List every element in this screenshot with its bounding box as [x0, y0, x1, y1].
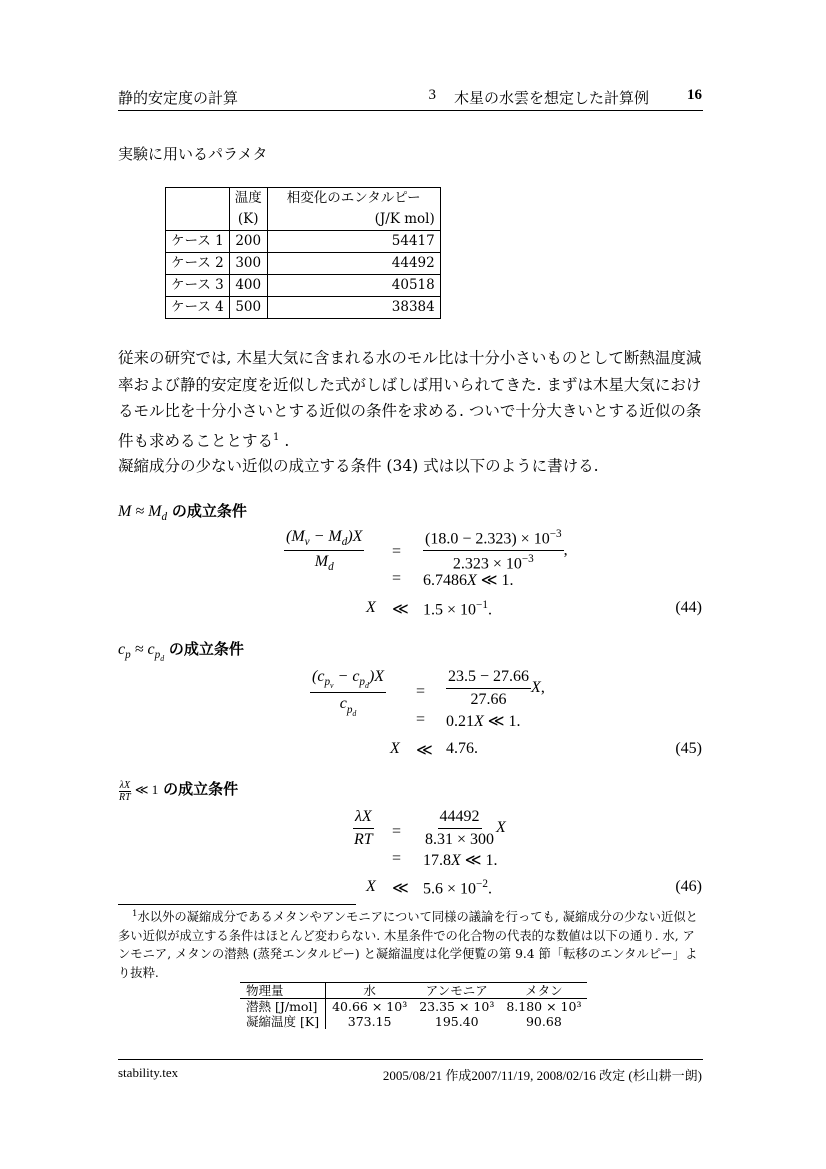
page-number: 16 — [687, 87, 702, 108]
equation-44-line3: 1.5 × 10−1. — [423, 599, 492, 619]
equation-45-line2: 0.21X ≪ 1. — [446, 711, 521, 731]
equation-46-rhs: 444928.31 × 300X — [423, 808, 506, 849]
table-header-cell: 相変化のエンタルピー — [267, 188, 440, 210]
rel-ll: ≪ — [392, 878, 409, 898]
equation-46-line3: 5.6 × 10−2. — [423, 878, 492, 898]
intro-paragraph: 従来の研究では, 木星大気に含まれる水のモル比は十分小さいものとして断熱温度減率… — [118, 345, 708, 454]
lhs-x: X — [366, 878, 376, 896]
table-header-cell: (J/K mol) — [267, 209, 440, 231]
rel-eq: = — [392, 570, 401, 588]
rel-eq: = — [416, 683, 425, 701]
rel-eq: = — [392, 543, 401, 561]
table-cell: 90.68 — [500, 1014, 587, 1029]
fraction: λXRT — [352, 808, 375, 849]
footer-filename: stability.tex — [118, 1065, 178, 1081]
table-cell: 400 — [229, 275, 267, 297]
rel-eq: = — [416, 711, 425, 729]
parameters-heading: 実験に用いるパラメタ — [118, 143, 268, 164]
table-cell: 38384 — [267, 297, 440, 319]
table-cell: 200 — [229, 231, 267, 253]
fraction: 23.5 − 27.6627.66 — [446, 668, 531, 709]
equation-44-rhs: (18.0 − 2.323) × 10−32.323 × 10−3, — [423, 528, 568, 574]
table-header-cell: メタン — [500, 983, 587, 999]
intro-end: . — [279, 432, 289, 450]
table-cell: 8.180 × 10³ — [500, 999, 587, 1015]
equation-44-line1: (Mv − Md)XMd — [284, 528, 364, 573]
condition-2-math: cp ≈ cpd — [118, 641, 164, 658]
table-cell: ケース 2 — [166, 253, 230, 275]
lhs-x: X — [366, 599, 376, 617]
table-row: ケース 2 300 44492 — [166, 253, 441, 275]
section-number: 3 — [428, 87, 436, 108]
running-header-section: 3 木星の水雲を想定した計算例 16 — [428, 87, 702, 108]
equation-44-line2: 6.7486X ≪ 1. — [423, 570, 514, 590]
condition-3-label: の成立条件 — [163, 780, 238, 798]
equation-number: (46) — [675, 878, 702, 896]
table-cell: 300 — [229, 253, 267, 275]
equation-number: (45) — [675, 740, 702, 758]
table-cell: 373.15 — [326, 1014, 414, 1029]
table-header-cell: 温度 — [229, 188, 267, 210]
footnote: 1水以外の凝縮成分であるメタンやアンモニアについて同様の議論を行っても, 凝縮成… — [118, 905, 703, 982]
condition-1-heading: M ≈ Md の成立条件 — [118, 500, 247, 523]
table-cell: ケース 4 — [166, 297, 230, 319]
condition-2-heading: cp ≈ cpd の成立条件 — [118, 638, 244, 663]
table-header-cell: (K) — [229, 209, 267, 231]
table-cell: 凝縮温度 [K] — [240, 1014, 326, 1029]
table-cell: 40.66 × 10³ — [326, 999, 414, 1015]
lhs-x: X — [390, 740, 400, 758]
condition-1-math: M ≈ Md — [118, 503, 167, 520]
running-header-title: 静的安定度の計算 — [118, 87, 238, 108]
table-cell: 195.40 — [413, 1014, 500, 1029]
table-row: 潜熱 [J/mol] 40.66 × 10³ 23.35 × 10³ 8.180… — [240, 999, 587, 1015]
table-cell: 500 — [229, 297, 267, 319]
table-header-row: (K) (J/K mol) — [166, 209, 441, 231]
footer-dates: 2005/08/21 作成2007/11/19, 2008/02/16 改定 (… — [383, 1065, 702, 1084]
header-rule — [118, 110, 703, 111]
table-row: 凝縮温度 [K] 373.15 195.40 90.68 — [240, 1014, 587, 1029]
rel-eq: = — [392, 850, 401, 868]
rel-ll: ≪ — [392, 599, 409, 619]
table-header-cell: 物理量 — [240, 983, 326, 999]
table-cell: 潜熱 [J/mol] — [240, 999, 326, 1015]
rel-eq: = — [392, 823, 401, 841]
fraction: (18.0 − 2.323) × 10−32.323 × 10−3 — [423, 528, 564, 574]
condition-3-math: λXRT ≪ 1 — [118, 782, 158, 797]
table-cell: 23.35 × 10³ — [413, 999, 500, 1015]
table-header-cell: 水 — [326, 983, 414, 999]
intro-text: 従来の研究では, 木星大気に含まれる水のモル比は十分小さいものとして断熱温度減率… — [118, 349, 701, 450]
fraction: (cpv − cpd)Xcpd — [310, 668, 386, 718]
table-cell: 40518 — [267, 275, 440, 297]
footnote-text: 水以外の凝縮成分であるメタンやアンモニアについて同様の議論を行っても, 凝縮成分… — [118, 910, 698, 980]
equation-46-line1: λXRT — [352, 808, 375, 849]
table-cell: ケース 1 — [166, 231, 230, 253]
equation-number: (44) — [675, 599, 702, 617]
condition-3-heading: λXRT ≪ 1 の成立条件 — [118, 778, 238, 803]
footer-rule — [118, 1059, 703, 1060]
equation-45-line1: (cpv − cpd)Xcpd — [310, 668, 386, 718]
condition-2-label: の成立条件 — [169, 640, 244, 658]
table-header-cell — [166, 188, 230, 210]
properties-table: 物理量 水 アンモニア メタン 潜熱 [J/mol] 40.66 × 10³ 2… — [240, 982, 587, 1029]
section-title: 木星の水雲を想定した計算例 — [454, 87, 649, 108]
table-row: ケース 3 400 40518 — [166, 275, 441, 297]
table-row: ケース 1 200 54417 — [166, 231, 441, 253]
table-cell: 44492 — [267, 253, 440, 275]
table-row: ケース 4 500 38384 — [166, 297, 441, 319]
table-cell: 54417 — [267, 231, 440, 253]
table-header-cell — [166, 209, 230, 231]
equation-45-rhs: 23.5 − 27.6627.66X, — [446, 668, 545, 709]
condition-1-label: の成立条件 — [172, 502, 247, 520]
parameters-table: 温度 相変化のエンタルピー (K) (J/K mol) ケース 1 200 54… — [165, 187, 441, 319]
fraction: (Mv − Md)XMd — [284, 528, 364, 573]
rel-ll: ≪ — [416, 740, 433, 760]
table-header-row: 温度 相変化のエンタルピー — [166, 188, 441, 210]
table-header-row: 物理量 水 アンモニア メタン — [240, 983, 587, 999]
equation-46-line2: 17.8X ≪ 1. — [423, 850, 498, 870]
condition-paragraph: 凝縮成分の少ない近似の成立する条件 (34) 式は以下のように書ける. — [118, 453, 708, 480]
table-header-cell: アンモニア — [413, 983, 500, 999]
equation-45-line3: 4.76. — [446, 740, 478, 758]
fraction: 444928.31 × 300 — [423, 808, 496, 849]
table-cell: ケース 3 — [166, 275, 230, 297]
